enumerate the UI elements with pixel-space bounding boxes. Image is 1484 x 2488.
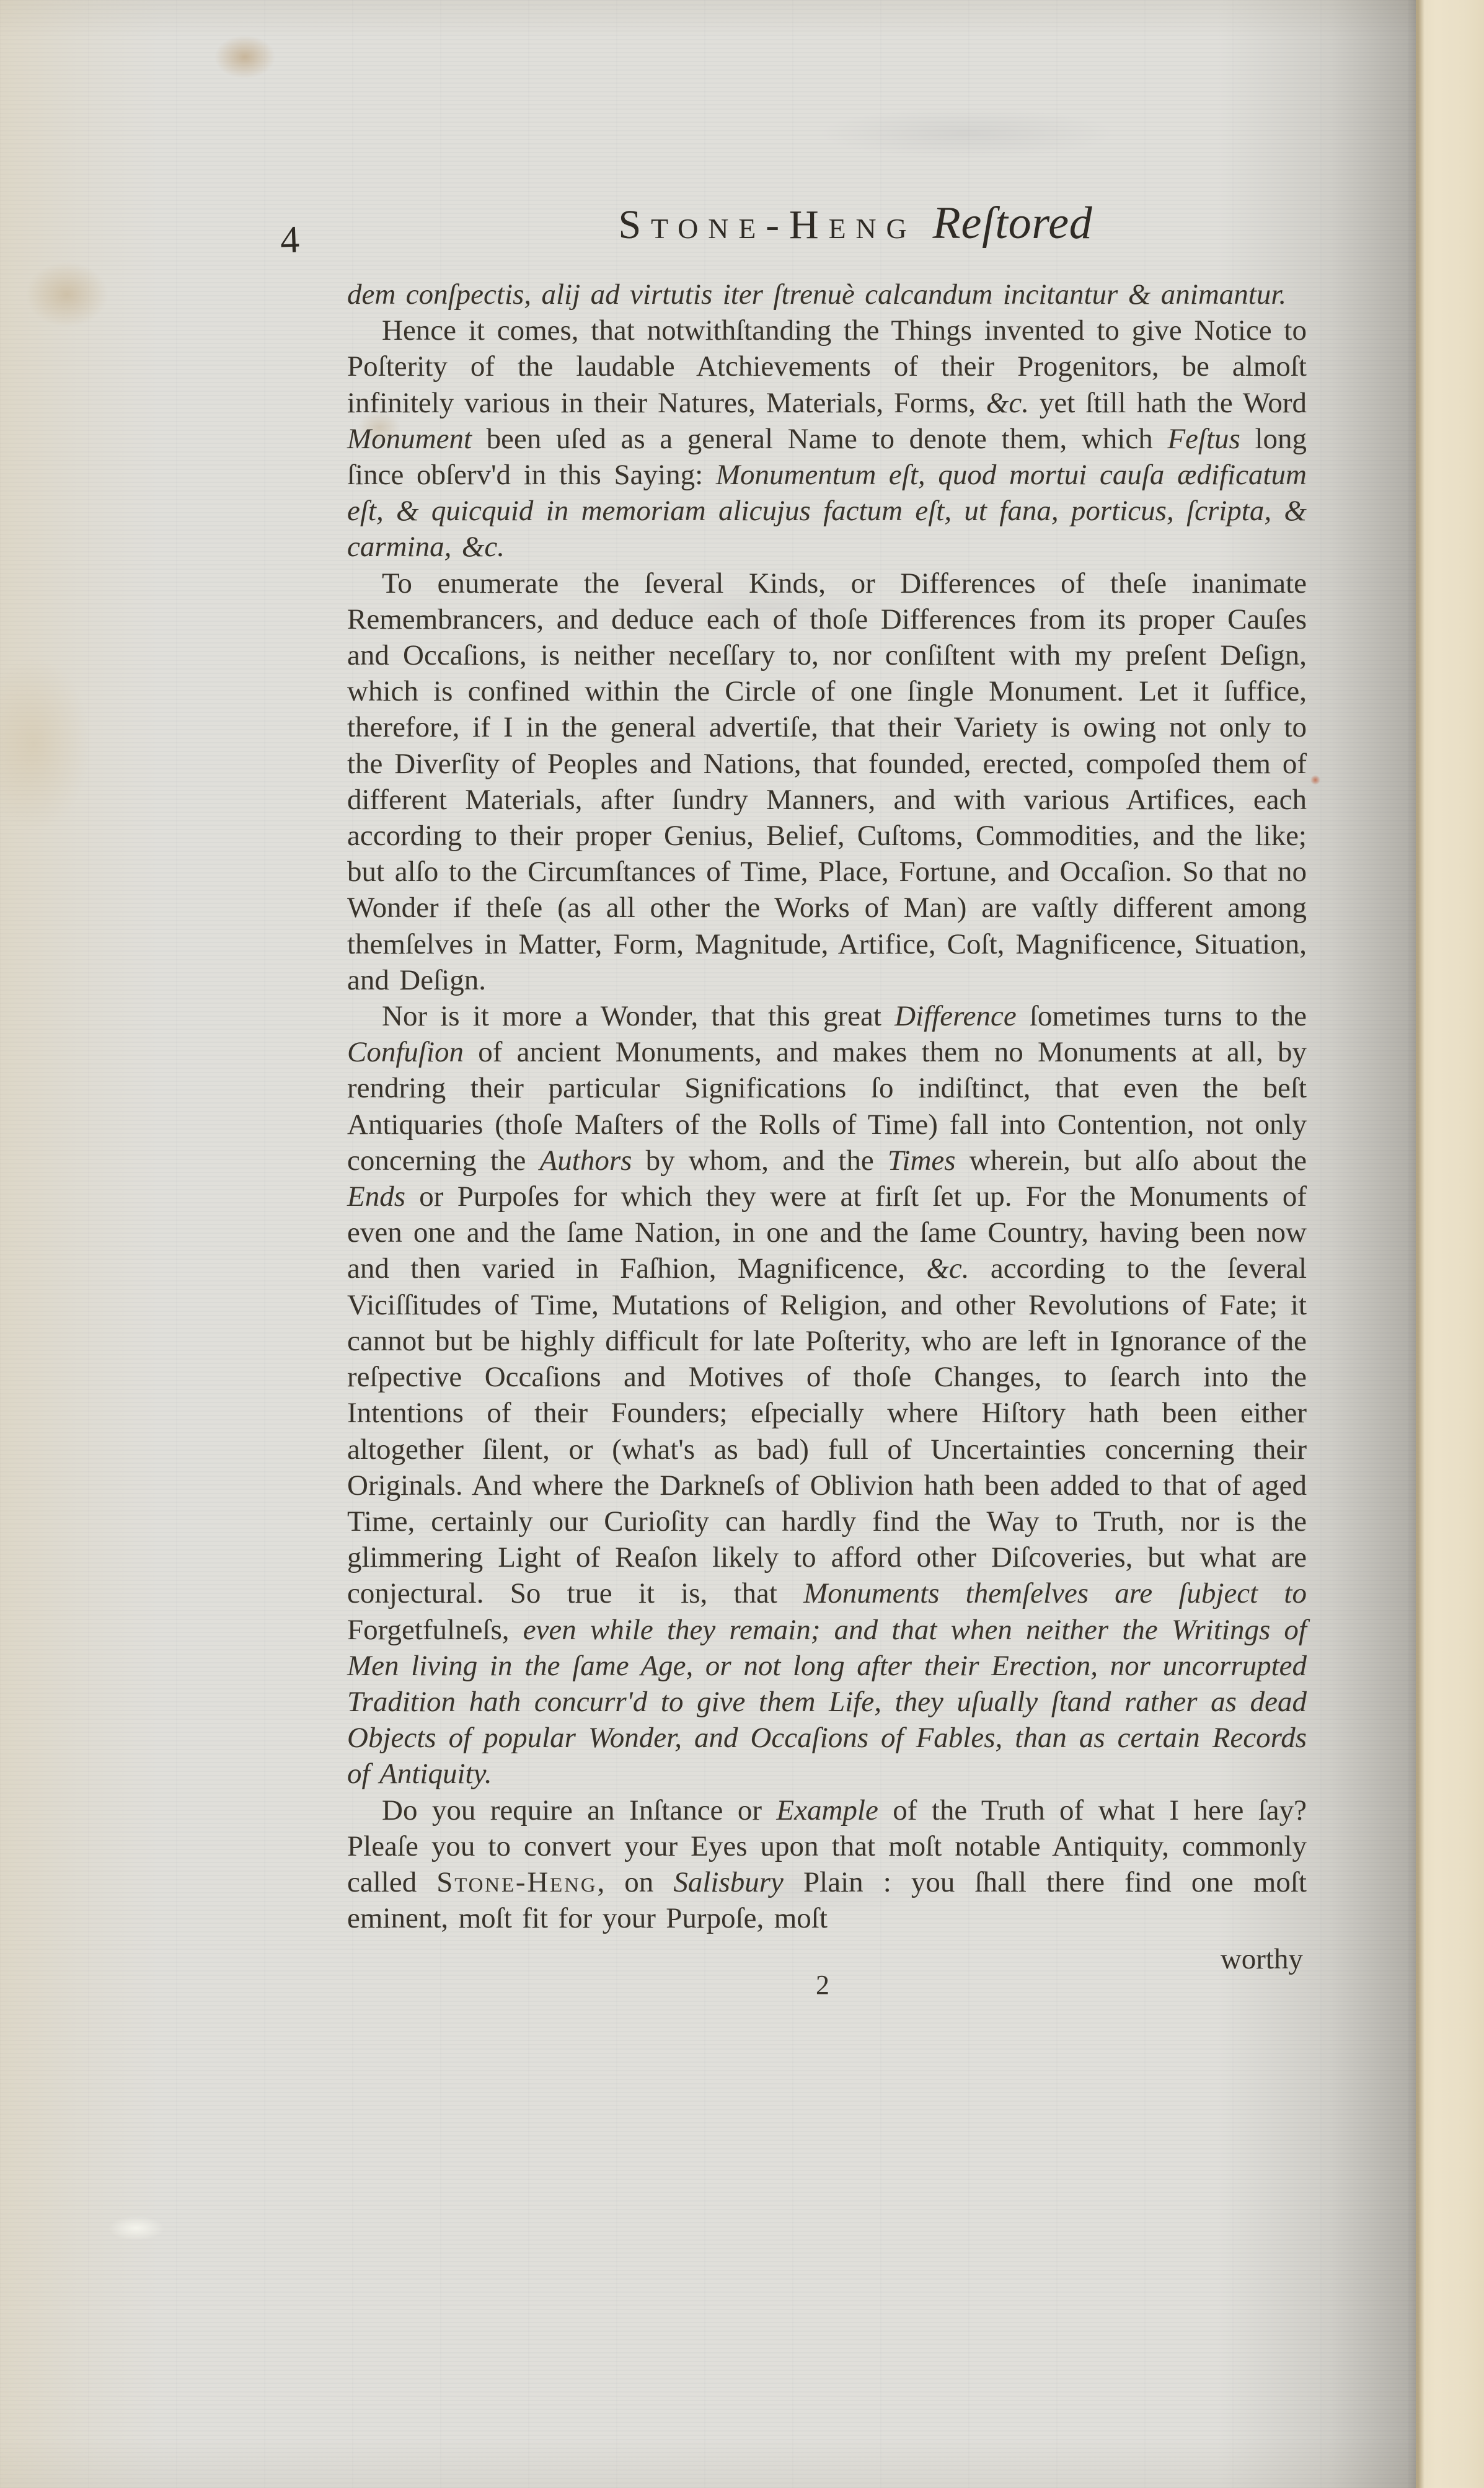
paragraph: To enumerate the ſeveral Kinds, or Diffe…: [347, 565, 1307, 998]
adjacent-page-edge: [1416, 0, 1484, 2488]
text-segment-italic: Monuments themſelves are ſubject to: [803, 1577, 1307, 1609]
text-segment-roman: Forgetfulneſs,: [347, 1614, 510, 1646]
text-segment-italic: Difference: [894, 1000, 1017, 1032]
scanned-book-page: 4 Stone-HengReſtored dem conſpectis, ali…: [0, 0, 1484, 2488]
paragraph: Do you require an Inſtance or Example of…: [347, 1792, 1307, 1937]
catchword: worthy: [1221, 1941, 1303, 1977]
text-segment-roman: ſometimes turns to the: [1017, 1000, 1307, 1032]
paragraph: Nor is it more a Wonder, that this great…: [347, 998, 1307, 1792]
text-segment-italic: Salisbury: [673, 1866, 784, 1898]
text-segment-italic: Times: [888, 1144, 956, 1177]
text-segment-roman: yet ſtill hath the Word: [1029, 387, 1307, 419]
text-segment-roman: by whom, and the: [632, 1144, 887, 1177]
text-segment-italic: Monument: [347, 423, 472, 455]
text-segment-roman: according to the ſeveral Viciſſitudes of…: [347, 1252, 1307, 1609]
text-segment-italic: Example: [776, 1794, 878, 1826]
text-segment-roman: Nor is it more a Wonder, that this great: [382, 1000, 894, 1032]
running-head-title-italic: Reſtored: [933, 198, 1093, 249]
text-segment-roman: wherein, but alſo about the: [956, 1144, 1307, 1177]
text-segment-roman: , on: [597, 1866, 673, 1898]
page-number: 4: [280, 218, 300, 262]
text-segment-italic: dem conſpectis, alij ad virtutis iter ſt…: [347, 278, 1286, 311]
text-segment-roman: Do you require an Inſtance or: [382, 1794, 776, 1826]
text-segment-italic: Ends: [347, 1180, 405, 1213]
text-segment-italic: Feſtus: [1167, 423, 1240, 455]
footer-row: worthy 2: [347, 1940, 1307, 2021]
text-segment-italic: Authors: [540, 1144, 632, 1177]
paragraph: Hence it comes, that notwithſtanding the…: [347, 312, 1307, 565]
signature-mark: 2: [816, 1967, 829, 2003]
paragraphs-container: dem conſpectis, alij ad virtutis iter ſt…: [347, 277, 1307, 1936]
paragraph: dem conſpectis, alij ad virtutis iter ſt…: [347, 277, 1307, 312]
body-text: dem conſpectis, alij ad virtutis iter ſt…: [347, 277, 1307, 2021]
text-segment-italic: &c.: [986, 387, 1029, 419]
text-segment-italic: &c.: [926, 1252, 969, 1285]
text-segment-roman: To enumerate the ſeveral Kinds, or Diffe…: [347, 567, 1307, 996]
running-head-title-caps: Stone-Heng: [618, 202, 916, 247]
running-head: Stone-HengReſtored: [376, 197, 1335, 250]
text-segment-italic: Confuſion: [347, 1036, 464, 1068]
text-segment-roman: been uſed as a general Name to denote th…: [472, 423, 1167, 455]
text-segment-smallcaps: Stone-Heng: [436, 1866, 597, 1898]
